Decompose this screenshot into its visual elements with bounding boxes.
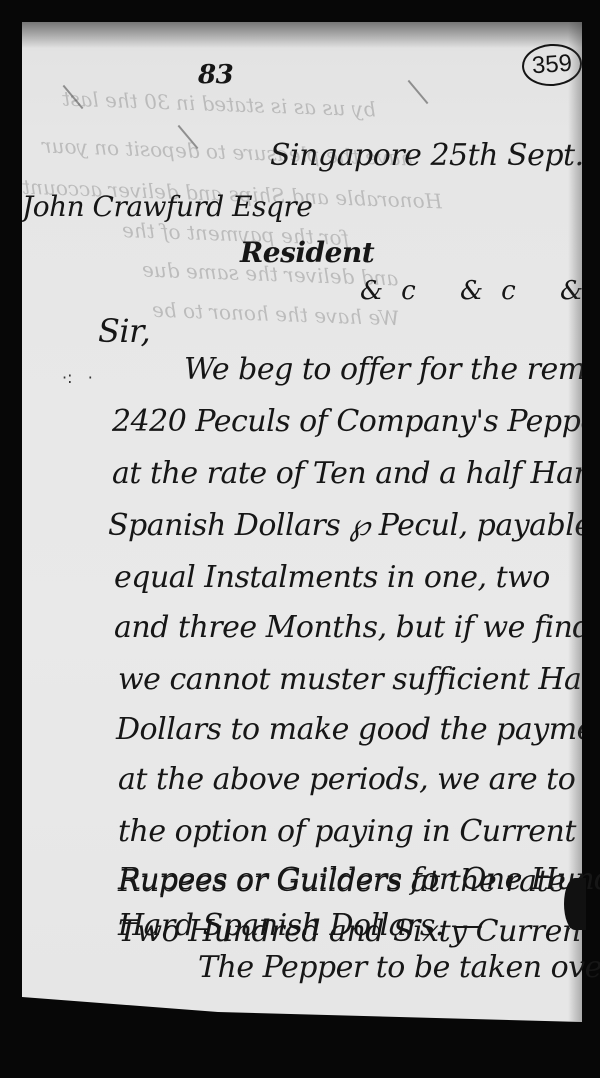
body-line: 2420 Peculs of Company's Pepper <box>112 404 582 439</box>
body-line: equal Instalments in one, two <box>114 560 550 595</box>
et-cetera: &c &c &c <box>360 276 582 306</box>
body-line: We beg to offer for the remaining <box>184 352 582 387</box>
body-line: Dollars to make good the payments <box>116 712 582 747</box>
pen-stroke <box>408 80 429 104</box>
page-top-shadow <box>22 22 582 48</box>
addressee-name: John Crawfurd Esqre <box>22 190 312 223</box>
body-line: the option of paying in Current <box>118 814 576 849</box>
margin-dots: ·: · <box>62 368 93 387</box>
body-line: The Pepper to be taken over <box>198 950 600 985</box>
scan-background: by us as is stated in 30 the last have t… <box>0 0 600 1078</box>
page-number-circled: 359 <box>521 42 582 88</box>
salutation: Sir, <box>98 312 150 350</box>
bleed-through-line: by us as is stated in 30 the last <box>62 87 377 122</box>
body-line: Spanish Dollars ℘ Pecul, payable in <box>108 508 582 543</box>
folio-reference: 83 <box>198 60 233 90</box>
body-line: and three Months, but if we find <box>114 610 582 645</box>
body-line: at the rate of Ten and a half Hard <box>112 456 582 491</box>
body-line: Hard Spanish Dollars. — <box>118 908 482 943</box>
body-line: at the above periods, we are to have <box>118 762 582 797</box>
body-line: we cannot muster sufficient Hard <box>118 662 582 697</box>
body-line: Rupees or Guilders for One Hundred <box>118 862 600 897</box>
ink-blot <box>564 878 586 930</box>
place-date: Singapore 25th Sept. 1823 <box>270 138 582 173</box>
addressee-title: Resident <box>240 236 374 269</box>
